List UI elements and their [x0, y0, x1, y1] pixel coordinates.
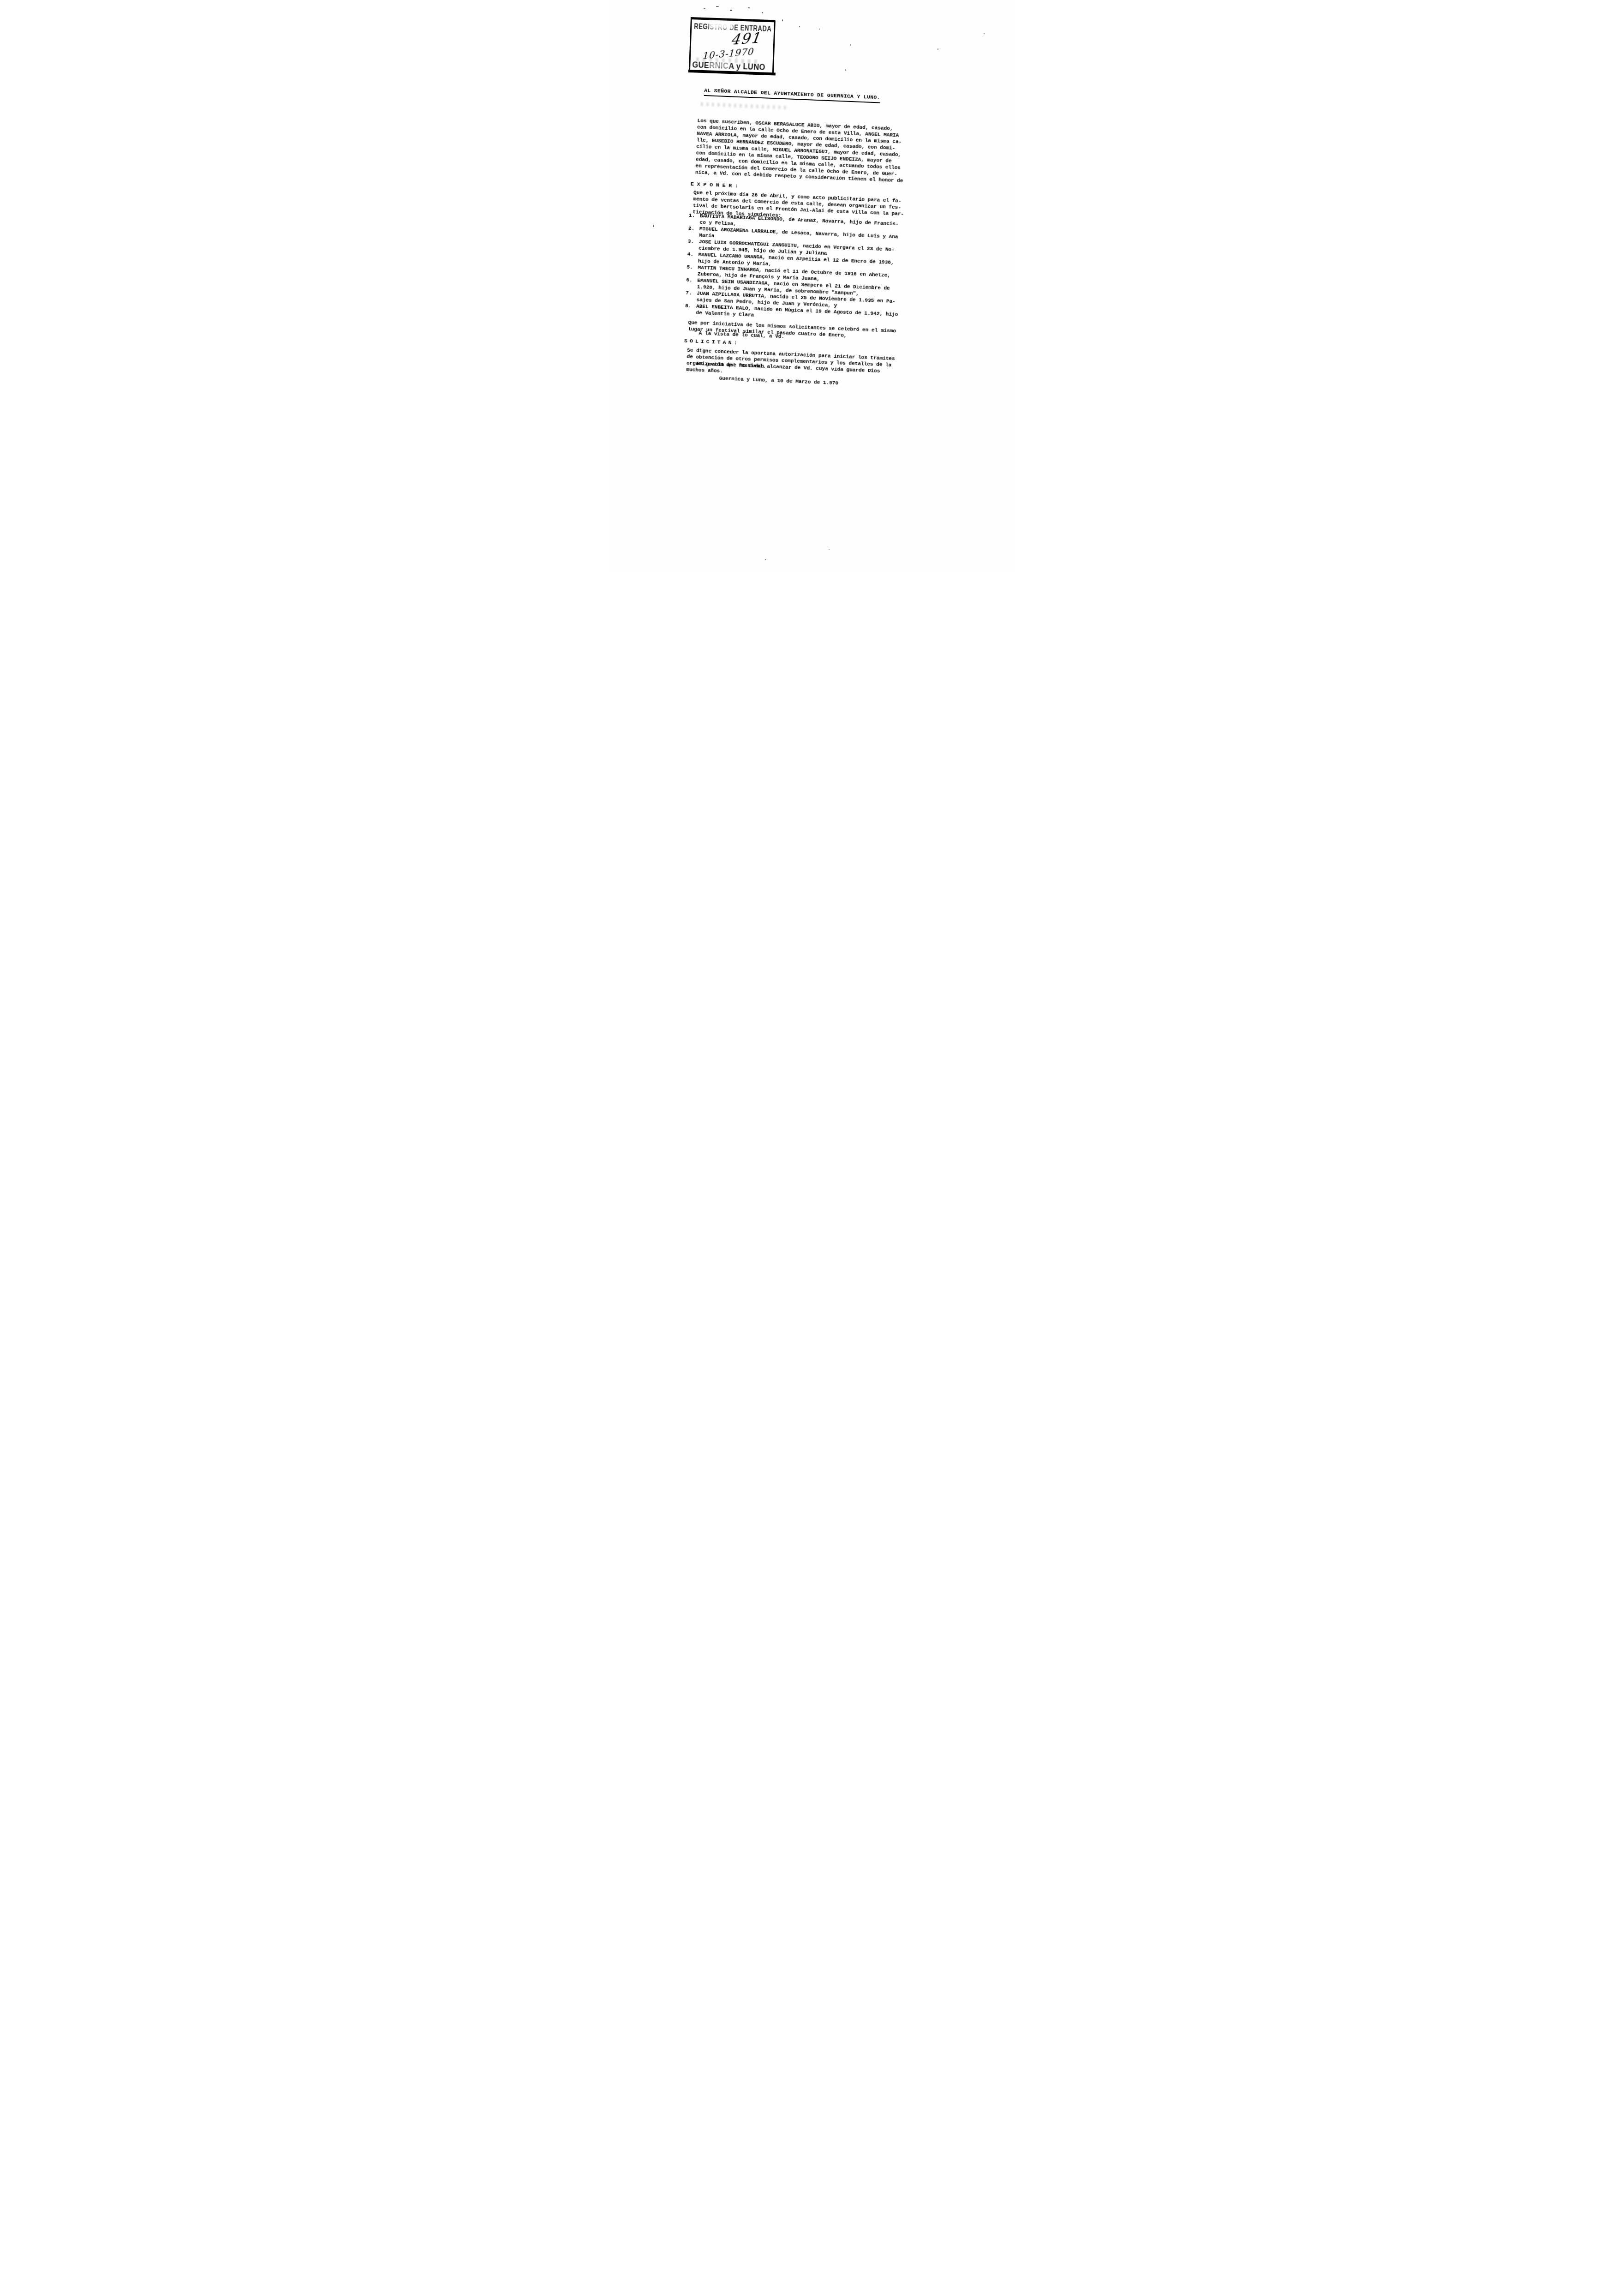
- scan-noise-speck: [819, 29, 820, 30]
- scan-noise-speck: [845, 69, 846, 71]
- item-number: 3.: [687, 239, 699, 246]
- scan-noise-speck: [782, 19, 783, 21]
- scan-noise-speck: [984, 33, 985, 34]
- item-number: 2.: [688, 226, 700, 233]
- scan-noise-speck: [762, 12, 763, 13]
- scan-noise-speck: [850, 44, 851, 46]
- erased-text-smudge: [701, 102, 788, 110]
- solicitan-heading: S O L I C I T A N :: [684, 338, 737, 347]
- scan-noise-speck: [748, 7, 750, 8]
- scan-noise-speck: [730, 10, 732, 11]
- item-number: 6.: [686, 277, 698, 284]
- item-number: 8.: [685, 303, 697, 310]
- scan-noise-speck: [829, 549, 830, 550]
- opening-paragraph: Los que suscriben, OSCAR BERASALUCE ABIO…: [695, 118, 911, 185]
- typed-letter: AL SEÑOR ALCALDE DEL AYUNTAMIENTO DE GUE…: [675, 0, 919, 563]
- scan-noise-speck: [716, 6, 719, 7]
- item-number: 5.: [687, 264, 698, 271]
- letter-addressee-title: AL SEÑOR ALCALDE DEL AYUNTAMIENTO DE GUE…: [704, 88, 880, 103]
- scanned-document-page: REGISTRO DE ENTRADA 491 10-3-1970 GUERNI…: [609, 0, 1015, 572]
- scan-noise-speck: [799, 26, 800, 27]
- scan-noise-speck: [765, 559, 766, 560]
- expone-heading: E X P O N E R :: [691, 181, 739, 189]
- performers-list: 1.BAUTISTA MADARIAGA ELISONDO, de Aranaz…: [685, 213, 908, 325]
- scan-noise-speck: [704, 8, 705, 9]
- scan-noise-speck: [937, 48, 938, 50]
- scan-noise-speck: [653, 225, 654, 227]
- item-number: 7.: [686, 290, 697, 297]
- item-number: 1.: [689, 213, 700, 220]
- item-number: 4.: [687, 252, 699, 258]
